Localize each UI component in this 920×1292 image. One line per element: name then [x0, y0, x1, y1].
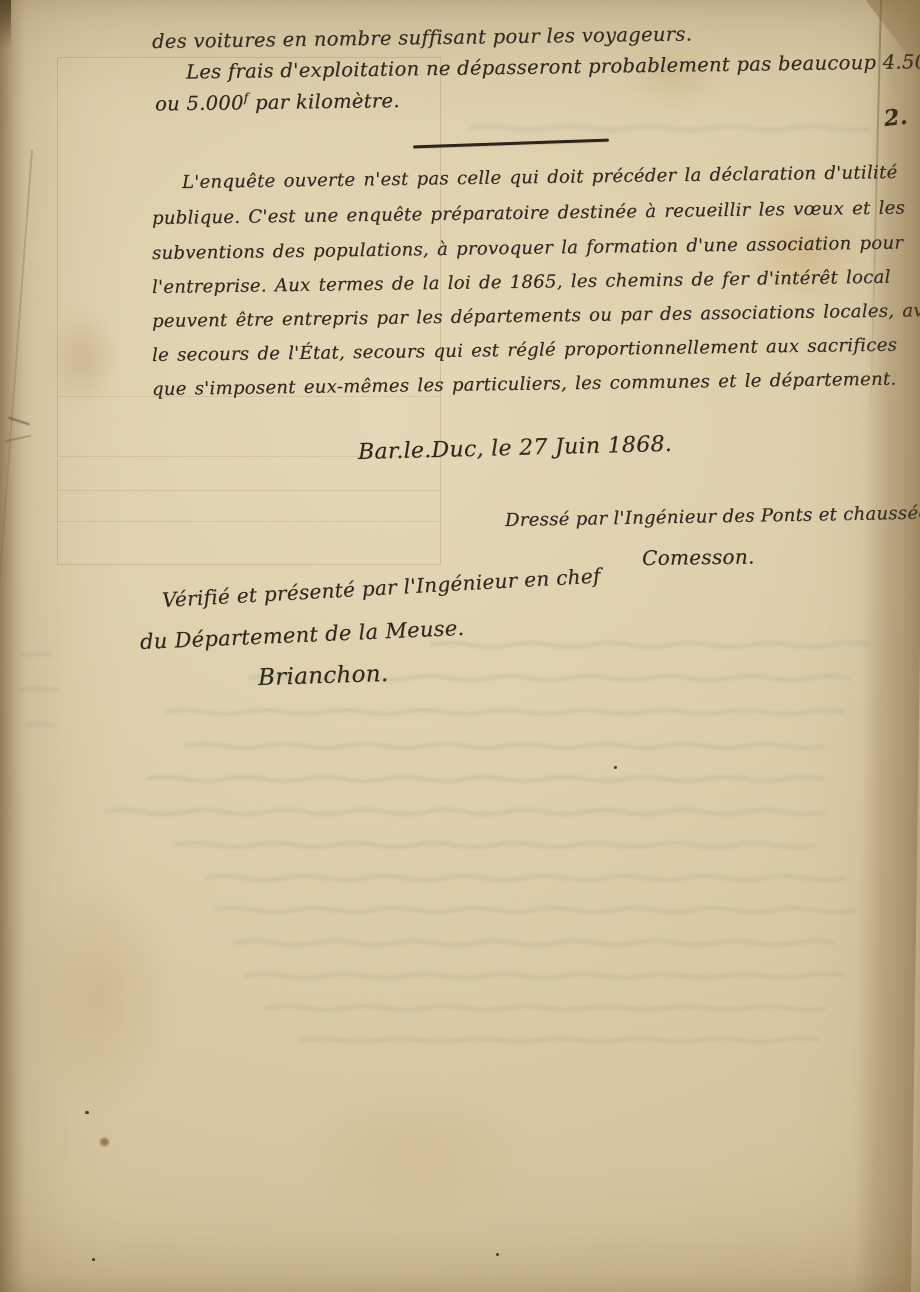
verified-by-line: du Département de la Meuse.	[139, 616, 464, 654]
ghost-rule	[58, 521, 440, 522]
foxing-speck	[85, 1111, 89, 1114]
foxing-speck	[496, 1253, 499, 1256]
page-number: 2.	[883, 104, 909, 132]
paper-stain	[300, 1090, 530, 1220]
foxing-speck	[614, 766, 617, 769]
foxing-speck	[92, 1258, 95, 1261]
handwritten-line: des voitures en nombre suffisant pour le…	[152, 22, 692, 53]
handwritten-line: Les frais d'exploitation ne dépasseront …	[186, 49, 920, 83]
line-text: ou 5.000	[155, 91, 244, 115]
drafted-by-line: Dressé par l'Ingénieur des Ponts et chau…	[505, 502, 920, 531]
signature-comesson: Comesson.	[642, 544, 755, 570]
handwritten-line: ou 5.000f par kilomètre.	[155, 89, 400, 116]
ghost-rule	[58, 490, 440, 491]
signature-brianchon: Brianchon.	[258, 661, 389, 691]
line-text: Les frais d'exploitation ne dépasseront …	[186, 50, 920, 84]
manuscript-page: 2. des voitures en nombre suffisant pour…	[0, 0, 920, 1292]
page-edge-shadow	[853, 0, 920, 1292]
paper-stain	[25, 880, 175, 1110]
verified-by-line: Vérifié et présenté par l'Ingénieur en c…	[161, 564, 601, 612]
line-text: par kilomètre.	[248, 89, 400, 114]
foxing-speck	[100, 1138, 109, 1146]
gutter-dark-corner	[0, 0, 11, 50]
separator-rule	[413, 139, 609, 148]
binding-gutter-shadow	[0, 0, 26, 1292]
